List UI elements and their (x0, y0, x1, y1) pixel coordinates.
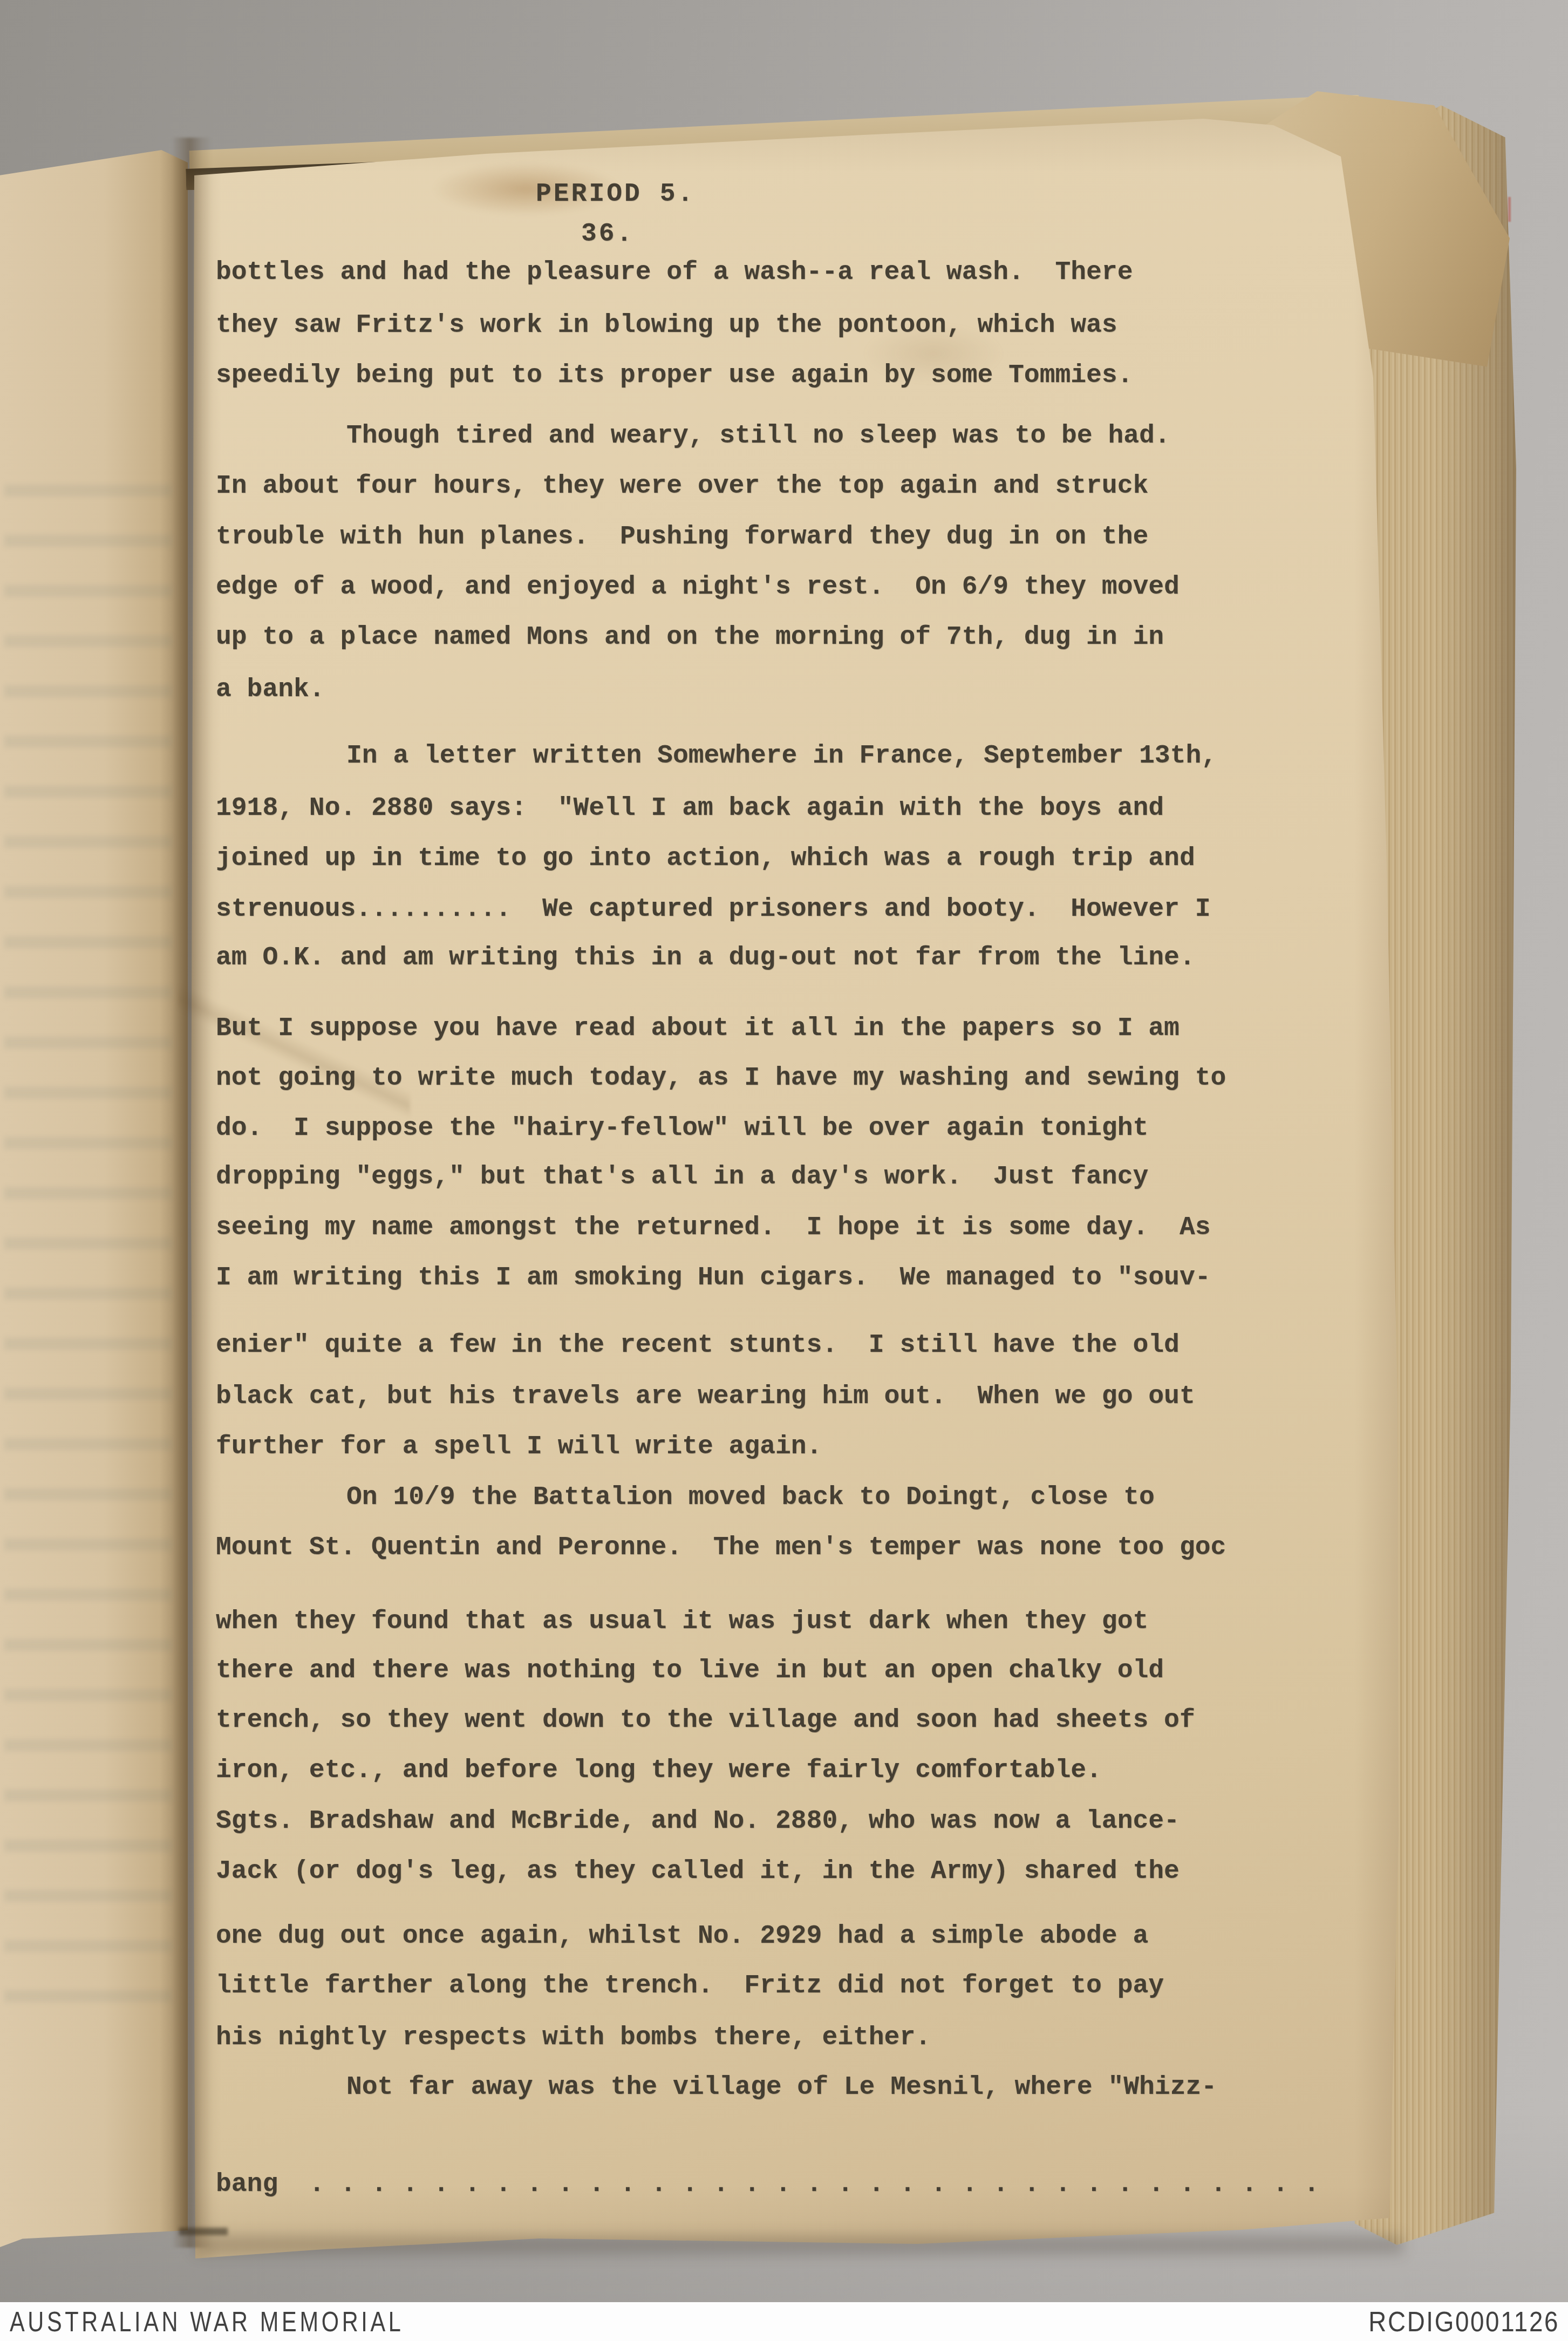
typed-line: a bank. (216, 675, 325, 705)
footer: AUSTRALIAN WAR MEMORIAL RCDIG0001126 (0, 2302, 1568, 2341)
typed-line: am O.K. and am writing this in a dug-out… (216, 943, 1195, 973)
typed-line: there and there was nothing to live in b… (216, 1656, 1164, 1686)
typed-line: Not far away was the village of Le Mesni… (346, 2072, 1217, 2102)
typed-line: In about four hours, they were over the … (216, 471, 1148, 501)
typed-line: I am writing this I am smoking Hun cigar… (216, 1263, 1211, 1293)
typed-line: On 10/9 the Battalion moved back to Doin… (346, 1482, 1155, 1513)
typed-line: black cat, but his travels are wearing h… (216, 1382, 1195, 1412)
typed-line: do. I suppose the "hairy-fellow" will be… (216, 1113, 1148, 1144)
typed-line: joined up in time to go into action, whi… (216, 843, 1195, 874)
typed-line: one dug out once again, whilst No. 2929 … (216, 1921, 1148, 1951)
typed-line: his nightly respects with bombs there, e… (216, 2023, 931, 2053)
typed-line: enier" quite a few in the recent stunts.… (216, 1330, 1180, 1360)
typed-line: Jack (or dog's leg, as they called it, i… (216, 1856, 1180, 1887)
typed-line: little farther along the trench. Fritz d… (216, 1971, 1164, 2001)
typed-line: speedily being put to its proper use aga… (216, 360, 1133, 391)
typed-text-block: PERIOD 5. 36. bottles and had the pleasu… (0, 0, 1568, 2341)
typed-line: 1918, No. 2880 says: "Well I am back aga… (216, 793, 1164, 824)
typed-line: bottles and had the pleasure of a wash--… (216, 257, 1133, 288)
archive-id-label: RCDIG0001126 (1368, 2302, 1559, 2341)
typed-line: strenuous.......... We captured prisoner… (216, 894, 1211, 924)
typed-line: trouble with hun planes. Pushing forward… (216, 522, 1148, 552)
typed-line: up to a place named Mons and on the morn… (216, 622, 1164, 652)
typed-line: iron, etc., and before long they were fa… (216, 1755, 1102, 1786)
typed-line: not going to write much today, as I have… (216, 1063, 1226, 1093)
typed-line: when they found that as usual it was jus… (216, 1607, 1148, 1637)
typed-lines-container: bottles and had the pleasure of a wash--… (0, 0, 1568, 2341)
typed-line: Mount St. Quentin and Peronne. The men's… (216, 1533, 1226, 1563)
typed-line: dropping "eggs," but that's all in a day… (216, 1162, 1148, 1192)
typed-line: bang . . . . . . . . . . . . . . . . . .… (216, 2169, 1319, 2200)
typed-line: edge of a wood, and enjoyed a night's re… (216, 572, 1180, 602)
typed-line: trench, so they went down to the village… (216, 1705, 1195, 1736)
typed-line: Though tired and weary, still no sleep w… (346, 421, 1170, 451)
typed-line: In a letter written Somewhere in France,… (346, 741, 1217, 771)
archive-name-label: AUSTRALIAN WAR MEMORIAL (10, 2302, 404, 2341)
typed-line: further for a spell I will write again. (216, 1432, 822, 1462)
typed-line: But I suppose you have read about it all… (216, 1013, 1180, 1044)
typed-line: seeing my name amongst the returned. I h… (216, 1213, 1211, 1243)
typed-line: Sgts. Bradshaw and McBride, and No. 2880… (216, 1806, 1180, 1836)
typed-line: they saw Fritz's work in blowing up the … (216, 310, 1117, 341)
scanned-book-photo: PERIOD 5. 36. bottles and had the pleasu… (0, 0, 1568, 2341)
